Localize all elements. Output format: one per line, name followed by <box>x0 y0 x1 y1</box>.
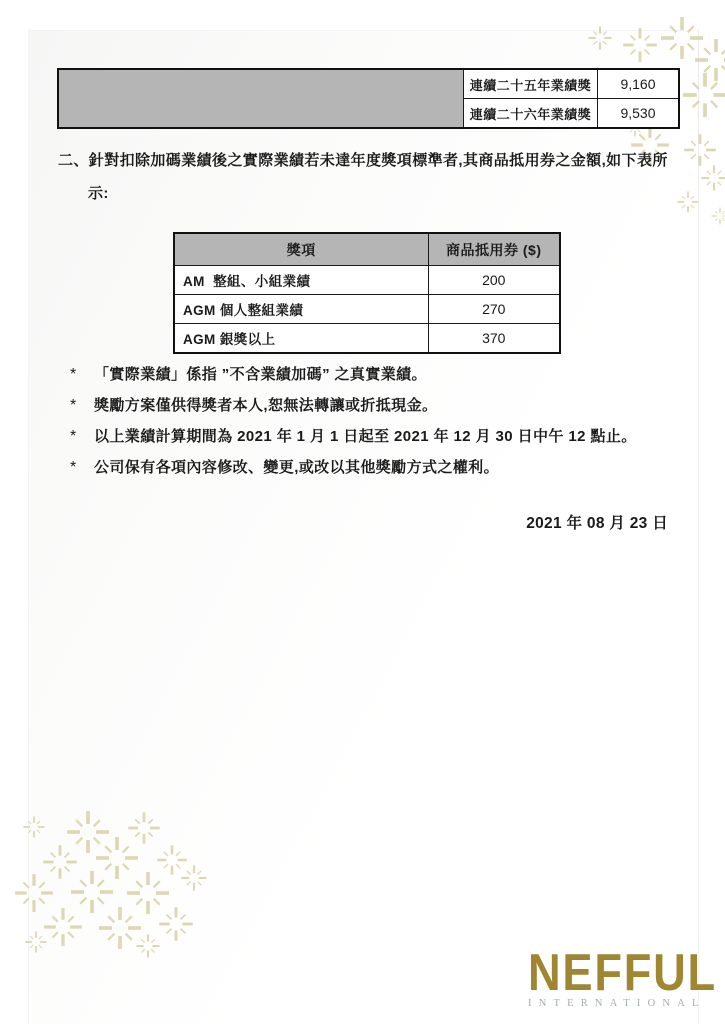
footnote-list: * 「實際業績」係指 ”不含業績加碼” 之真實業績。 * 獎勵方案僅供得獎者本人… <box>70 364 675 488</box>
list-item: * 「實際業績」係指 ”不含業績加碼” 之真實業績。 <box>70 364 675 385</box>
column-header-amount: 商品抵用券 ($) <box>428 233 560 266</box>
footnote-text: 「實際業績」係指 ”不含業績加碼” 之真實業績。 <box>94 364 427 385</box>
award-cell: AM 整組、小組業績 <box>174 266 428 295</box>
sparkle-icon <box>695 39 725 81</box>
voucher-amount-table: 獎項 商品抵用券 ($) AM 整組、小組業績 200 AGM 個人整組業績 2… <box>173 232 561 354</box>
award-cell: AGM 銀獎以上 <box>174 324 428 354</box>
award-label: 連續二十五年業績獎 <box>464 69 598 99</box>
footnote-text: 獎勵方案僅供得獎者本人,恕無法轉讓或折抵現金。 <box>94 395 437 416</box>
award-value: 9,530 <box>598 99 680 129</box>
list-item: * 獎勵方案僅供得獎者本人,恕無法轉讓或折抵現金。 <box>70 395 675 416</box>
section-two-heading: 二、針對扣除加碼業績後之實際業績若未達年度獎項標準者,其商品抵用券之金額,如下表… <box>58 150 676 204</box>
asterisk-bullet-icon: * <box>70 395 82 416</box>
table-row: AGM 銀獎以上 370 <box>174 324 560 354</box>
amount-cell: 270 <box>428 295 560 324</box>
nefful-logo: NEFFUL INTERNATIONAL <box>528 951 718 1009</box>
award-cell: AGM 個人整組業績 <box>174 295 428 324</box>
table-row: 連續二十五年業績獎 9,160 <box>58 69 679 99</box>
sparkle-icon <box>712 208 725 225</box>
column-header-award: 獎項 <box>174 233 428 266</box>
annual-award-table: 連續二十五年業績獎 9,160 連續二十六年業績獎 9,530 <box>57 68 680 129</box>
asterisk-bullet-icon: * <box>70 364 82 385</box>
amount-cell: 200 <box>428 266 560 295</box>
footnote-text: 以上業績計算期間為 2021 年 1 月 1 日起至 2021 年 12 月 3… <box>94 426 637 447</box>
document-date: 2021 年 08 月 23 日 <box>368 511 668 533</box>
footnote-text: 公司保有各項內容修改、變更,或改以其他獎勵方式之權利。 <box>94 457 499 478</box>
list-item: * 公司保有各項內容修改、變更,或改以其他獎勵方式之權利。 <box>70 457 675 478</box>
scanned-document-page: 連續二十五年業績獎 9,160 連續二十六年業績獎 9,530 二、針對扣除加碼… <box>0 0 725 1024</box>
heading-line-1: 二、針對扣除加碼業績後之實際業績若未達年度獎項標準者,其商品抵用券之金額,如下表… <box>58 150 676 171</box>
table-header-row: 獎項 商品抵用券 ($) <box>174 233 560 266</box>
asterisk-bullet-icon: * <box>70 457 82 478</box>
sparkle-icon <box>701 165 725 190</box>
award-table-merged-gray-cell <box>58 69 464 128</box>
table-row: AM 整組、小組業績 200 <box>174 266 560 295</box>
amount-cell: 370 <box>428 324 560 354</box>
heading-line-2: 示: <box>88 183 676 204</box>
asterisk-bullet-icon: * <box>70 426 82 447</box>
award-value: 9,160 <box>598 69 680 99</box>
logo-wordmark: NEFFUL <box>528 951 693 995</box>
award-label: 連續二十六年業績獎 <box>464 99 598 129</box>
list-item: * 以上業績計算期間為 2021 年 1 月 1 日起至 2021 年 12 月… <box>70 426 675 447</box>
table-row: AGM 個人整組業績 270 <box>174 295 560 324</box>
